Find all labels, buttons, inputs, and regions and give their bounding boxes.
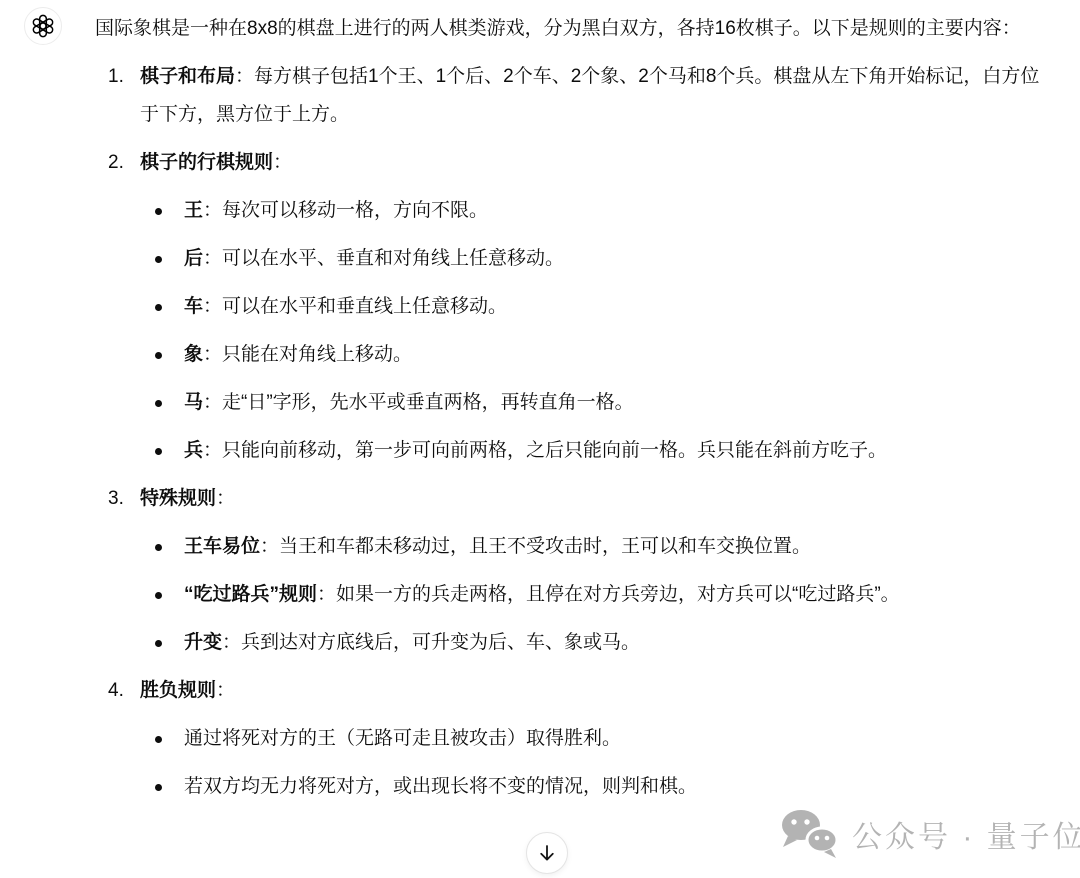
list-item: 马：走“日”字形，先水平或垂直两格，再转直角一格。 — [140, 384, 1047, 422]
list-number: 1. — [108, 58, 124, 96]
assistant-avatar — [24, 7, 62, 45]
arrow-down-icon — [537, 843, 557, 863]
bullet-dot — [155, 256, 162, 263]
bullet-list: 王：每次可以移动一格，方向不限。 后：可以在水平、垂直和对角线上任意移动。 车：… — [140, 192, 1047, 470]
bullet-term: “吃过路兵”规则 — [184, 584, 317, 605]
rule-title: 特殊规则 — [140, 488, 216, 509]
bullet-desc: ：可以在水平、垂直和对角线上任意移动。 — [203, 248, 564, 269]
bullet-desc: ：可以在水平和垂直线上任意移动。 — [203, 296, 507, 317]
list-number: 2. — [108, 144, 124, 182]
bullet-term: 王 — [184, 200, 203, 221]
rule-text: ：每方棋子包括1个王、1个后、2个车、2个象、2个马和8个兵。棋盘从左下角开始标… — [140, 66, 1039, 125]
bullet-term: 后 — [184, 248, 203, 269]
rule-text: ： — [273, 152, 292, 173]
list-item: 象：只能在对角线上移动。 — [140, 336, 1047, 374]
list-item: 通过将死对方的王（无路可走且被攻击）取得胜利。 — [140, 720, 1047, 758]
bullet-dot — [155, 592, 162, 599]
scroll-down-button[interactable] — [526, 832, 568, 874]
bullet-dot — [155, 208, 162, 215]
openai-logo-icon — [30, 13, 56, 39]
bullet-desc: ：当王和车都未移动过，且王不受攻击时，王可以和车交换位置。 — [260, 536, 811, 557]
list-number: 3. — [108, 480, 124, 518]
bullet-desc: 通过将死对方的王（无路可走且被攻击）取得胜利。 — [184, 728, 621, 749]
bullet-desc: ：走“日”字形，先水平或垂直两格，再转直角一格。 — [203, 392, 634, 413]
list-item: 若双方均无力将死对方，或出现长将不变的情况，则判和棋。 — [140, 768, 1047, 806]
rule-text: ： — [216, 680, 235, 701]
rule-text: ： — [216, 488, 235, 509]
intro-paragraph: 国际象棋是一种在8x8的棋盘上进行的两人棋类游戏，分为黑白双方，各持16枚棋子。… — [95, 10, 1047, 48]
bullet-list: 通过将死对方的王（无路可走且被攻击）取得胜利。 若双方均无力将死对方，或出现长将… — [140, 720, 1047, 806]
bullet-desc: ：只能向前移动，第一步可向前两格，之后只能向前一格。兵只能在斜前方吃子。 — [203, 440, 887, 461]
bullet-desc: ：只能在对角线上移动。 — [203, 344, 412, 365]
bullet-term: 王车易位 — [184, 536, 260, 557]
list-item: 后：可以在水平、垂直和对角线上任意移动。 — [140, 240, 1047, 278]
watermark-text: 公众号 · 量子位 — [852, 812, 1080, 856]
list-number: 4. — [108, 672, 124, 710]
rule-title: 棋子的行棋规则 — [140, 152, 273, 173]
bullet-dot — [155, 784, 162, 791]
bullet-dot — [155, 736, 162, 743]
bullet-desc: ：每次可以移动一格，方向不限。 — [203, 200, 488, 221]
rule-title: 棋子和布局 — [140, 66, 235, 87]
wechat-icon — [780, 808, 840, 860]
watermark: 公众号 · 量子位 — [780, 808, 1080, 860]
bullet-dot — [155, 352, 162, 359]
bullet-dot — [155, 544, 162, 551]
list-item: 王车易位：当王和车都未移动过，且王不受攻击时，王可以和车交换位置。 — [140, 528, 1047, 566]
list-item: “吃过路兵”规则：如果一方的兵走两格，且停在对方兵旁边，对方兵可以“吃过路兵”。 — [140, 576, 1047, 614]
list-item: 王：每次可以移动一格，方向不限。 — [140, 192, 1047, 230]
assistant-message: 国际象棋是一种在8x8的棋盘上进行的两人棋类游戏，分为黑白双方，各持16枚棋子。… — [0, 0, 1080, 816]
bullet-dot — [155, 448, 162, 455]
message-content: 国际象棋是一种在8x8的棋盘上进行的两人棋类游戏，分为黑白双方，各持16枚棋子。… — [95, 10, 1047, 816]
list-item: 升变：兵到达对方底线后，可升变为后、车、象或马。 — [140, 624, 1047, 662]
list-item: 兵：只能向前移动，第一步可向前两格，之后只能向前一格。兵只能在斜前方吃子。 — [140, 432, 1047, 470]
bullet-term: 车 — [184, 296, 203, 317]
rule-title: 胜负规则 — [140, 680, 216, 701]
bullet-term: 象 — [184, 344, 203, 365]
bullet-list: 王车易位：当王和车都未移动过，且王不受攻击时，王可以和车交换位置。 “吃过路兵”… — [140, 528, 1047, 662]
bullet-desc: ：兵到达对方底线后，可升变为后、车、象或马。 — [222, 632, 640, 653]
bullet-dot — [155, 304, 162, 311]
list-item: 车：可以在水平和垂直线上任意移动。 — [140, 288, 1047, 326]
rule-item-3: 3. 特殊规则： 王车易位：当王和车都未移动过，且王不受攻击时，王可以和车交换位… — [95, 480, 1047, 662]
rule-item-2: 2. 棋子的行棋规则： 王：每次可以移动一格，方向不限。 后：可以在水平、垂直和… — [95, 144, 1047, 470]
bullet-desc: 若双方均无力将死对方，或出现长将不变的情况，则判和棋。 — [184, 776, 697, 797]
rule-item-1: 1. 棋子和布局：每方棋子包括1个王、1个后、2个车、2个象、2个马和8个兵。棋… — [95, 58, 1047, 134]
bullet-desc: ：如果一方的兵走两格，且停在对方兵旁边，对方兵可以“吃过路兵”。 — [317, 584, 900, 605]
bullet-dot — [155, 400, 162, 407]
bullet-term: 兵 — [184, 440, 203, 461]
rule-item-4: 4. 胜负规则： 通过将死对方的王（无路可走且被攻击）取得胜利。 若双方均无力将… — [95, 672, 1047, 806]
bullet-dot — [155, 640, 162, 647]
bullet-term: 马 — [184, 392, 203, 413]
bullet-term: 升变 — [184, 632, 222, 653]
